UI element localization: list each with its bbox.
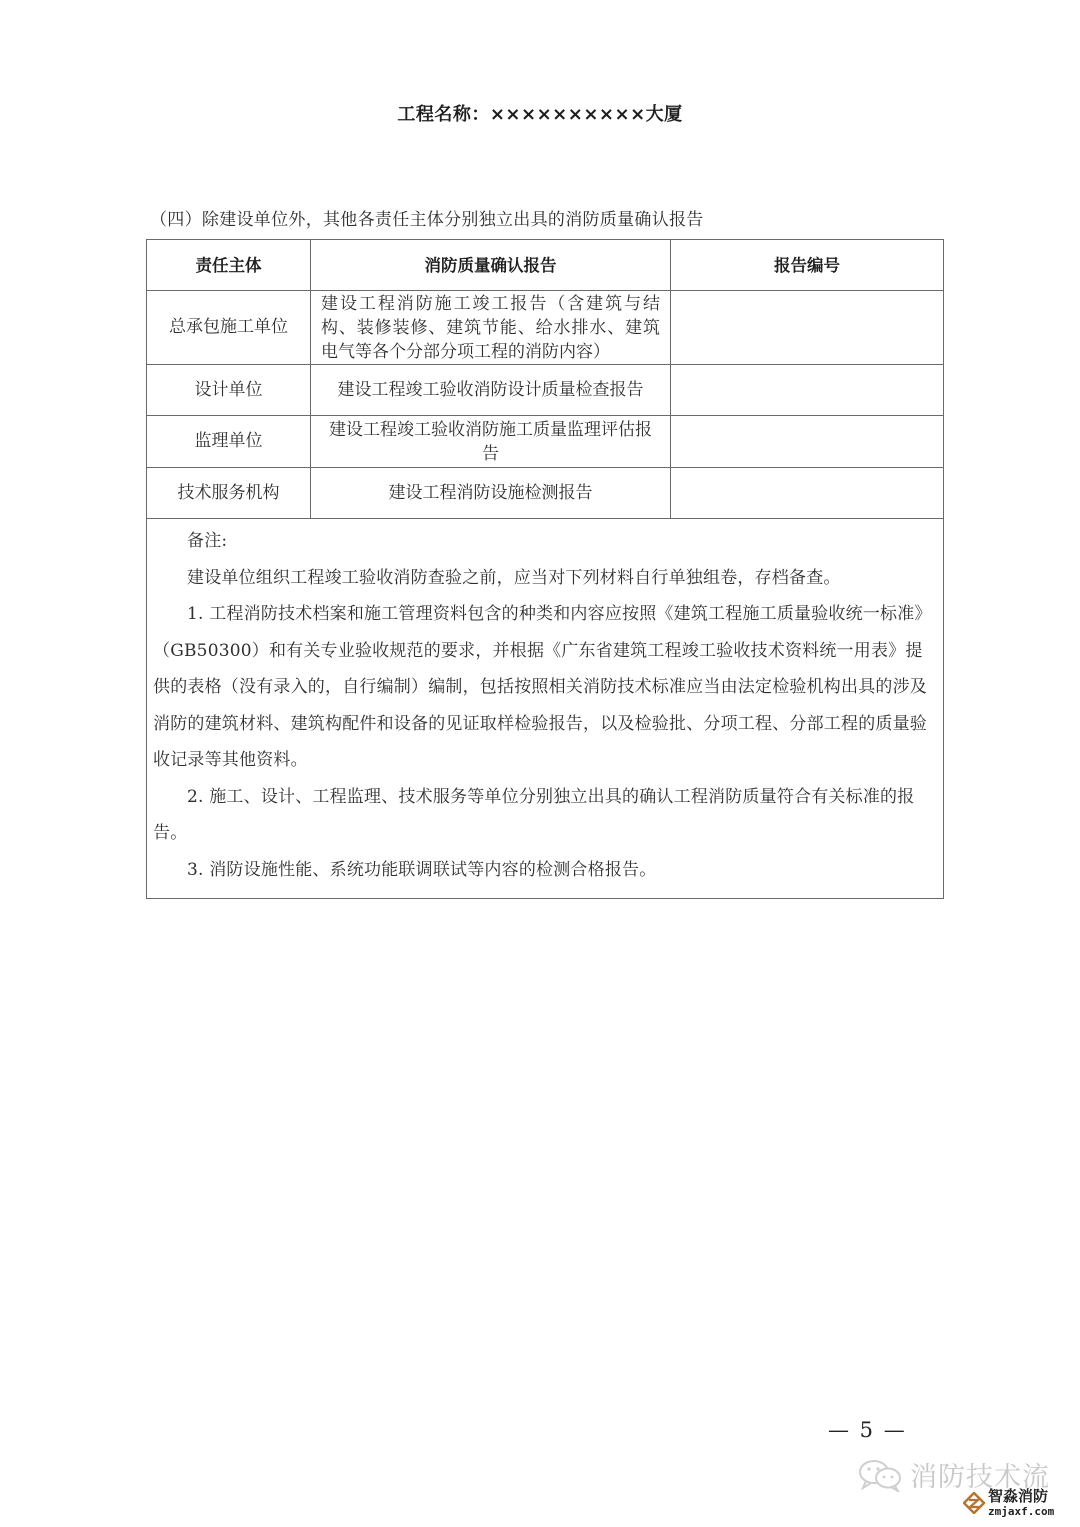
entity-cell: 设计单位 [147, 365, 311, 416]
report-cell: 建设工程消防施工竣工报告（含建筑与结构、装修装修、建筑节能、给水排水、建筑电气等… [311, 291, 671, 365]
header-responsible-entity: 责任主体 [147, 240, 311, 291]
notes-item-3: 3. 消防设施性能、系统功能联调联试等内容的检测合格报告。 [153, 852, 937, 889]
quality-report-table: 责任主体 消防质量确认报告 报告编号 总承包施工单位 建设工程消防施工竣工报告（… [146, 239, 944, 899]
report-cell: 建设工程竣工验收消防施工质量监理评估报告 [311, 416, 671, 468]
notes-item-1: 1. 工程消防技术档案和施工管理资料包含的种类和内容应按照《建筑工程施工质量验收… [153, 596, 937, 779]
notes-item-2: 2. 施工、设计、工程监理、技术服务等单位分别独立出具的确认工程消防质量符合有关… [153, 779, 937, 852]
notes-intro: 建设单位组织工程竣工验收消防查验之前，应当对下列材料自行单独组卷，存档备查。 [153, 560, 937, 597]
report-number-cell[interactable] [671, 365, 944, 416]
entity-cell: 监理单位 [147, 416, 311, 468]
report-cell: 建设工程消防设施检测报告 [311, 468, 671, 519]
brand-name: 智淼消防 [988, 1489, 1054, 1504]
header-report-number: 报告编号 [671, 240, 944, 291]
section-heading: （四）除建设单位外，其他各责任主体分别独立出具的消防质量确认报告 [150, 205, 704, 230]
notes-row: 备注: 建设单位组织工程竣工验收消防查验之前，应当对下列材料自行单独组卷，存档备… [147, 519, 944, 899]
report-number-cell[interactable] [671, 291, 944, 365]
table-header-row: 责任主体 消防质量确认报告 报告编号 [147, 240, 944, 291]
notes-cell: 备注: 建设单位组织工程竣工验收消防查验之前，应当对下列材料自行单独组卷，存档备… [147, 519, 944, 899]
header-quality-report: 消防质量确认报告 [311, 240, 671, 291]
report-number-cell[interactable] [671, 468, 944, 519]
brand-badge: 智淼消防 zmjaxf.com [963, 1489, 1054, 1517]
page-number: — 5 — [828, 1418, 907, 1442]
table-row: 设计单位 建设工程竣工验收消防设计质量检查报告 [147, 365, 944, 416]
table-row: 总承包施工单位 建设工程消防施工竣工报告（含建筑与结构、装修装修、建筑节能、给水… [147, 291, 944, 365]
entity-cell: 总承包施工单位 [147, 291, 311, 365]
entity-cell: 技术服务机构 [147, 468, 311, 519]
project-name-title: 工程名称：××××××××××大厦 [0, 100, 1080, 126]
zhimiao-logo-icon [963, 1492, 985, 1514]
table-row: 监理单位 建设工程竣工验收消防施工质量监理评估报告 [147, 416, 944, 468]
wechat-chat-icon [858, 1458, 904, 1492]
report-number-cell[interactable] [671, 416, 944, 468]
report-cell: 建设工程竣工验收消防设计质量检查报告 [311, 365, 671, 416]
table-row: 技术服务机构 建设工程消防设施检测报告 [147, 468, 944, 519]
notes-label: 备注: [153, 523, 937, 560]
brand-url: zmjaxf.com [988, 1506, 1054, 1517]
